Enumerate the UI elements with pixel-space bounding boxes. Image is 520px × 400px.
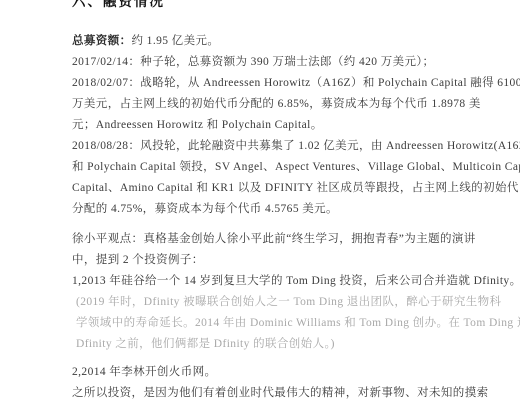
xu-note-line: Dfinity 之前，他们俩都是 Dfinity 的联合创始人。) — [72, 334, 452, 355]
round-line: 和 Polychain Capital 领投，SV Angel、Aspect V… — [72, 157, 452, 178]
section-title: 六、融资情况 — [72, 0, 452, 12]
xu-closing-line: 之所以投资，是因为他们有着创业时代最伟大的精神，对新事物、对未知的摸索 — [72, 383, 452, 400]
xu-example2-line: 2,2014 年李林开创火币网。 — [72, 362, 452, 383]
xu-note: (2019 年时，Dfinity 被曝联合创始人之一 Tom Ding 退出团队… — [72, 292, 452, 355]
round-line: 2018/02/07：战略轮，从 Andreessen Horowitz（A16… — [72, 73, 452, 94]
round-line: 分配的 4.75%，募资成本为每个代币 4.5765 美元。 — [72, 199, 452, 220]
round-seed: 2017/02/14：种子轮，总募资额为 390 万瑞士法郎（约 420 万美元… — [72, 52, 452, 73]
xu-example1-line: 1,2013 年硅谷给一个 14 岁到复旦大学的 Tom Ding 投资，后来公… — [72, 271, 452, 292]
document-page: 六、融资情况 总募资额：约 1.95 亿美元。 2017/02/14：种子轮，总… — [0, 0, 520, 400]
round-line: 元；Andreessen Horowitz 和 Polychain Capita… — [72, 115, 452, 136]
round-line: Capital、Amino Capital 和 KR1 以及 DFINITY 社… — [72, 178, 452, 199]
round-line: 万美元，占主网上线的初始代币分配的 6.85%，募资成本为每个代币 1.8978… — [72, 94, 452, 115]
round-venture: 2018/08/28：风投轮，此轮融资中共募集了 1.02 亿美元，由 Andr… — [72, 136, 452, 220]
document-content: 六、融资情况 总募资额：约 1.95 亿美元。 2017/02/14：种子轮，总… — [72, 0, 452, 400]
round-line: 2017/02/14：种子轮，总募资额为 390 万瑞士法郎（约 420 万美元… — [72, 52, 452, 73]
round-line: 2018/08/28：风投轮，此轮融资中共募集了 1.02 亿美元，由 Andr… — [72, 136, 452, 157]
total-raise-line: 总募资额：约 1.95 亿美元。 — [72, 31, 452, 52]
xu-xiaoping-viewpoint: 徐小平观点：真格基金创始人徐小平此前“终生学习，拥抱青春”为主题的演讲 中，提到… — [72, 229, 452, 400]
xu-intro-line: 中，提到 2 个投资例子： — [72, 250, 452, 271]
total-raise-value: 约 1.95 亿美元。 — [132, 35, 220, 47]
xu-note-line: (2019 年时，Dfinity 被曝联合创始人之一 Tom Ding 退出团队… — [72, 292, 452, 313]
xu-note-line: 学领域中的寿命延长。2014 年由 Dominic Williams 和 Tom… — [72, 313, 452, 334]
round-strategic: 2018/02/07：战略轮，从 Andreessen Horowitz（A16… — [72, 73, 452, 136]
xu-intro-line: 徐小平观点：真格基金创始人徐小平此前“终生学习，拥抱青春”为主题的演讲 — [72, 229, 452, 250]
total-raise-label: 总募资额： — [72, 35, 132, 47]
